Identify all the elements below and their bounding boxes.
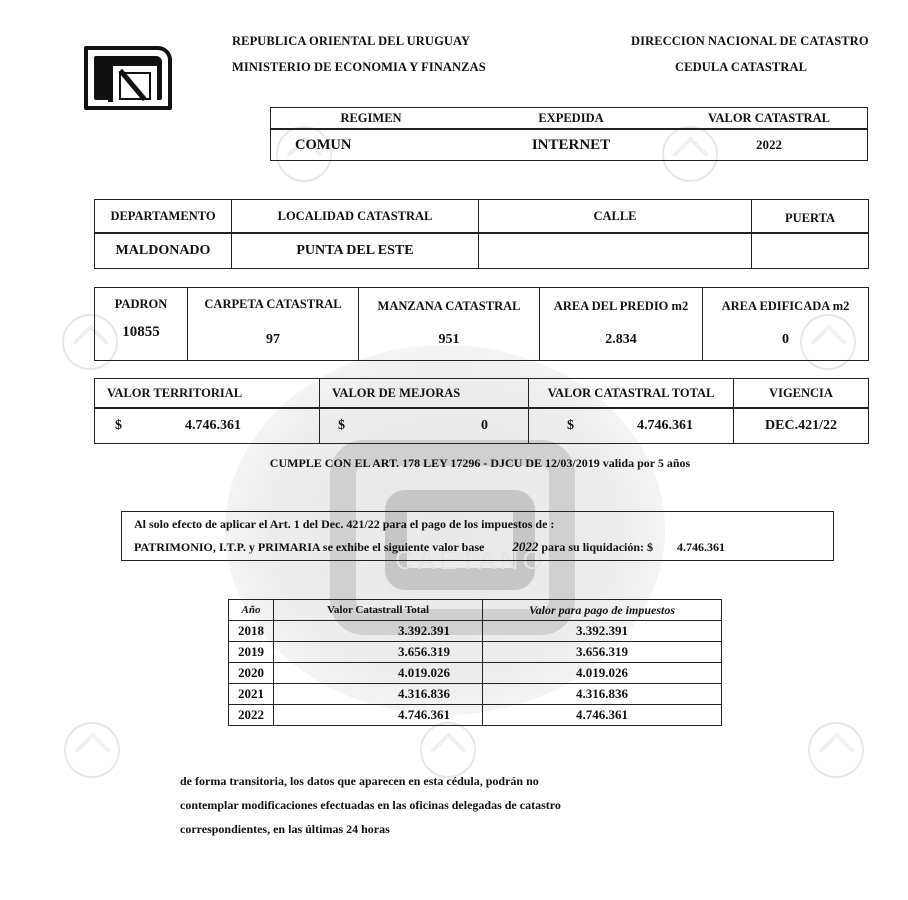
valor-impuestos-cell: 3.392.391 <box>483 621 722 642</box>
year-cell: 2020 <box>229 663 274 684</box>
area-edificada-value: 0 <box>703 320 869 361</box>
area-edificada-header: AREA EDIFICADA m2 <box>703 288 869 321</box>
valor-catastral-header: VALOR CATASTRAL <box>671 108 868 130</box>
valor-catastral-value: 2022 <box>671 129 868 161</box>
valor-catastral-total-cell: 4.746.361 <box>274 705 483 726</box>
tax-box-line2: PATRIMONIO, I.T.P. y PRIMARIA se exhibe … <box>134 539 725 555</box>
table-row: 20193.656.3193.656.319 <box>229 642 722 663</box>
value-table: VALOR TERRITORIAL VALOR DE MEJORAS VALOR… <box>94 378 869 444</box>
vigencia-header: VIGENCIA <box>734 379 869 409</box>
table-row: 20183.392.3913.392.391 <box>229 621 722 642</box>
year-cell: 2022 <box>229 705 274 726</box>
vigencia-value: DEC.421/22 <box>734 408 869 444</box>
parcel-table: PADRON CARPETA CATASTRAL MANZANA CATASTR… <box>94 287 869 361</box>
tax-base-box: Al solo efecto de aplicar el Art. 1 del … <box>121 511 834 561</box>
location-table: DEPARTAMENTO LOCALIDAD CATASTRAL CALLE P… <box>94 199 869 269</box>
year-cell: 2019 <box>229 642 274 663</box>
regimen-value: COMUN <box>271 129 472 161</box>
valor-impuestos-cell: 4.746.361 <box>483 705 722 726</box>
area-predio-header: AREA DEL PREDIO m2 <box>540 288 703 321</box>
compliance-note: CUMPLE CON EL ART. 178 LEY 17296 - DJCU … <box>0 456 908 471</box>
tax-box-year: 2022 <box>512 539 538 554</box>
calle-header: CALLE <box>479 200 752 234</box>
header-document-title: CEDULA CATASTRAL <box>675 60 807 75</box>
year-cell: 2021 <box>229 684 274 705</box>
tax-box-value: 4.746.361 <box>677 540 725 554</box>
tax-box-line1: Al solo efecto de aplicar el Art. 1 del … <box>134 517 554 532</box>
puerta-value <box>752 233 869 269</box>
currency-symbol: $ <box>529 418 637 434</box>
expedida-header: EXPEDIDA <box>471 108 671 130</box>
departamento-value: MALDONADO <box>95 233 232 269</box>
valor-mejoras-value: 0 <box>448 418 488 434</box>
footer-note-line2: contemplar modificaciones efectuadas en … <box>180 798 561 813</box>
year-header: Año <box>229 600 274 621</box>
valor-catastral-total-cell: 3.392.391 <box>274 621 483 642</box>
localidad-value: PUNTA DEL ESTE <box>232 233 479 269</box>
regimen-header: REGIMEN <box>271 108 472 130</box>
footer-note-line1: de forma transitoria, los datos que apar… <box>180 774 539 789</box>
manzana-header: MANZANA CATASTRAL <box>359 288 540 321</box>
valor-impuestos-col-header: Valor para pago de impuestos <box>483 600 722 621</box>
watermark-emblem-icon <box>64 722 120 778</box>
table-row: 20214.316.8364.316.836 <box>229 684 722 705</box>
calle-value <box>479 233 752 269</box>
header-direction: DIRECCION NACIONAL DE CATASTRO <box>631 34 869 49</box>
currency-symbol: $ <box>320 418 448 434</box>
expedida-value: INTERNET <box>471 129 671 161</box>
watermark-emblem-icon <box>420 722 476 778</box>
valor-catastral-total-cell: 3.656.319 <box>274 642 483 663</box>
table-row: 20204.019.0264.019.026 <box>229 663 722 684</box>
valor-catastral-total-header: VALOR CATASTRAL TOTAL <box>529 379 734 409</box>
localidad-header: LOCALIDAD CATASTRAL <box>232 200 479 234</box>
padron-value: 10855 <box>95 320 188 361</box>
valor-catastral-total-cell: 4.316.836 <box>274 684 483 705</box>
manzana-value: 951 <box>359 320 540 361</box>
valor-catastral-total-col-header: Valor Catastrall Total <box>274 600 483 621</box>
footer-note-line3: correspondientes, en las últimas 24 hora… <box>180 822 390 837</box>
valor-territorial-header: VALOR TERRITORIAL <box>95 379 320 409</box>
valor-territorial-cell: $4.746.361 <box>95 408 320 444</box>
carpeta-value: 97 <box>188 320 359 361</box>
area-predio-value: 2.834 <box>540 320 703 361</box>
header-ministry: MINISTERIO DE ECONOMIA Y FINANZAS <box>232 60 486 75</box>
valor-catastral-total-cell: $4.746.361 <box>529 408 734 444</box>
valor-mejoras-header: VALOR DE MEJORAS <box>320 379 529 409</box>
header-republic: REPUBLICA ORIENTAL DEL URUGUAY <box>232 34 470 49</box>
tax-box-line2-suffix: para su liquidación: $ <box>541 540 653 554</box>
valor-territorial-value: 4.746.361 <box>185 418 241 433</box>
puerta-header: PUERTA <box>752 200 869 234</box>
valor-catastral-total-cell: 4.019.026 <box>274 663 483 684</box>
departamento-header: DEPARTAMENTO <box>95 200 232 234</box>
yearly-values-table: Año Valor Catastrall Total Valor para pa… <box>228 599 722 726</box>
valor-impuestos-cell: 3.656.319 <box>483 642 722 663</box>
valor-impuestos-cell: 4.316.836 <box>483 684 722 705</box>
currency-symbol: $ <box>95 418 185 434</box>
valor-impuestos-cell: 4.019.026 <box>483 663 722 684</box>
table-row: 20224.746.3614.746.361 <box>229 705 722 726</box>
padron-header: PADRON <box>95 288 188 321</box>
catastro-logo-icon <box>84 46 172 110</box>
tax-box-line2-text: PATRIMONIO, I.T.P. y PRIMARIA se exhibe … <box>134 540 484 554</box>
year-cell: 2018 <box>229 621 274 642</box>
regimen-table: REGIMEN EXPEDIDA VALOR CATASTRAL COMUN I… <box>270 107 868 161</box>
valor-mejoras-cell: $0 <box>320 408 529 444</box>
valor-catastral-total-value: 4.746.361 <box>637 418 693 433</box>
carpeta-header: CARPETA CATASTRAL <box>188 288 359 321</box>
watermark-emblem-icon <box>808 722 864 778</box>
